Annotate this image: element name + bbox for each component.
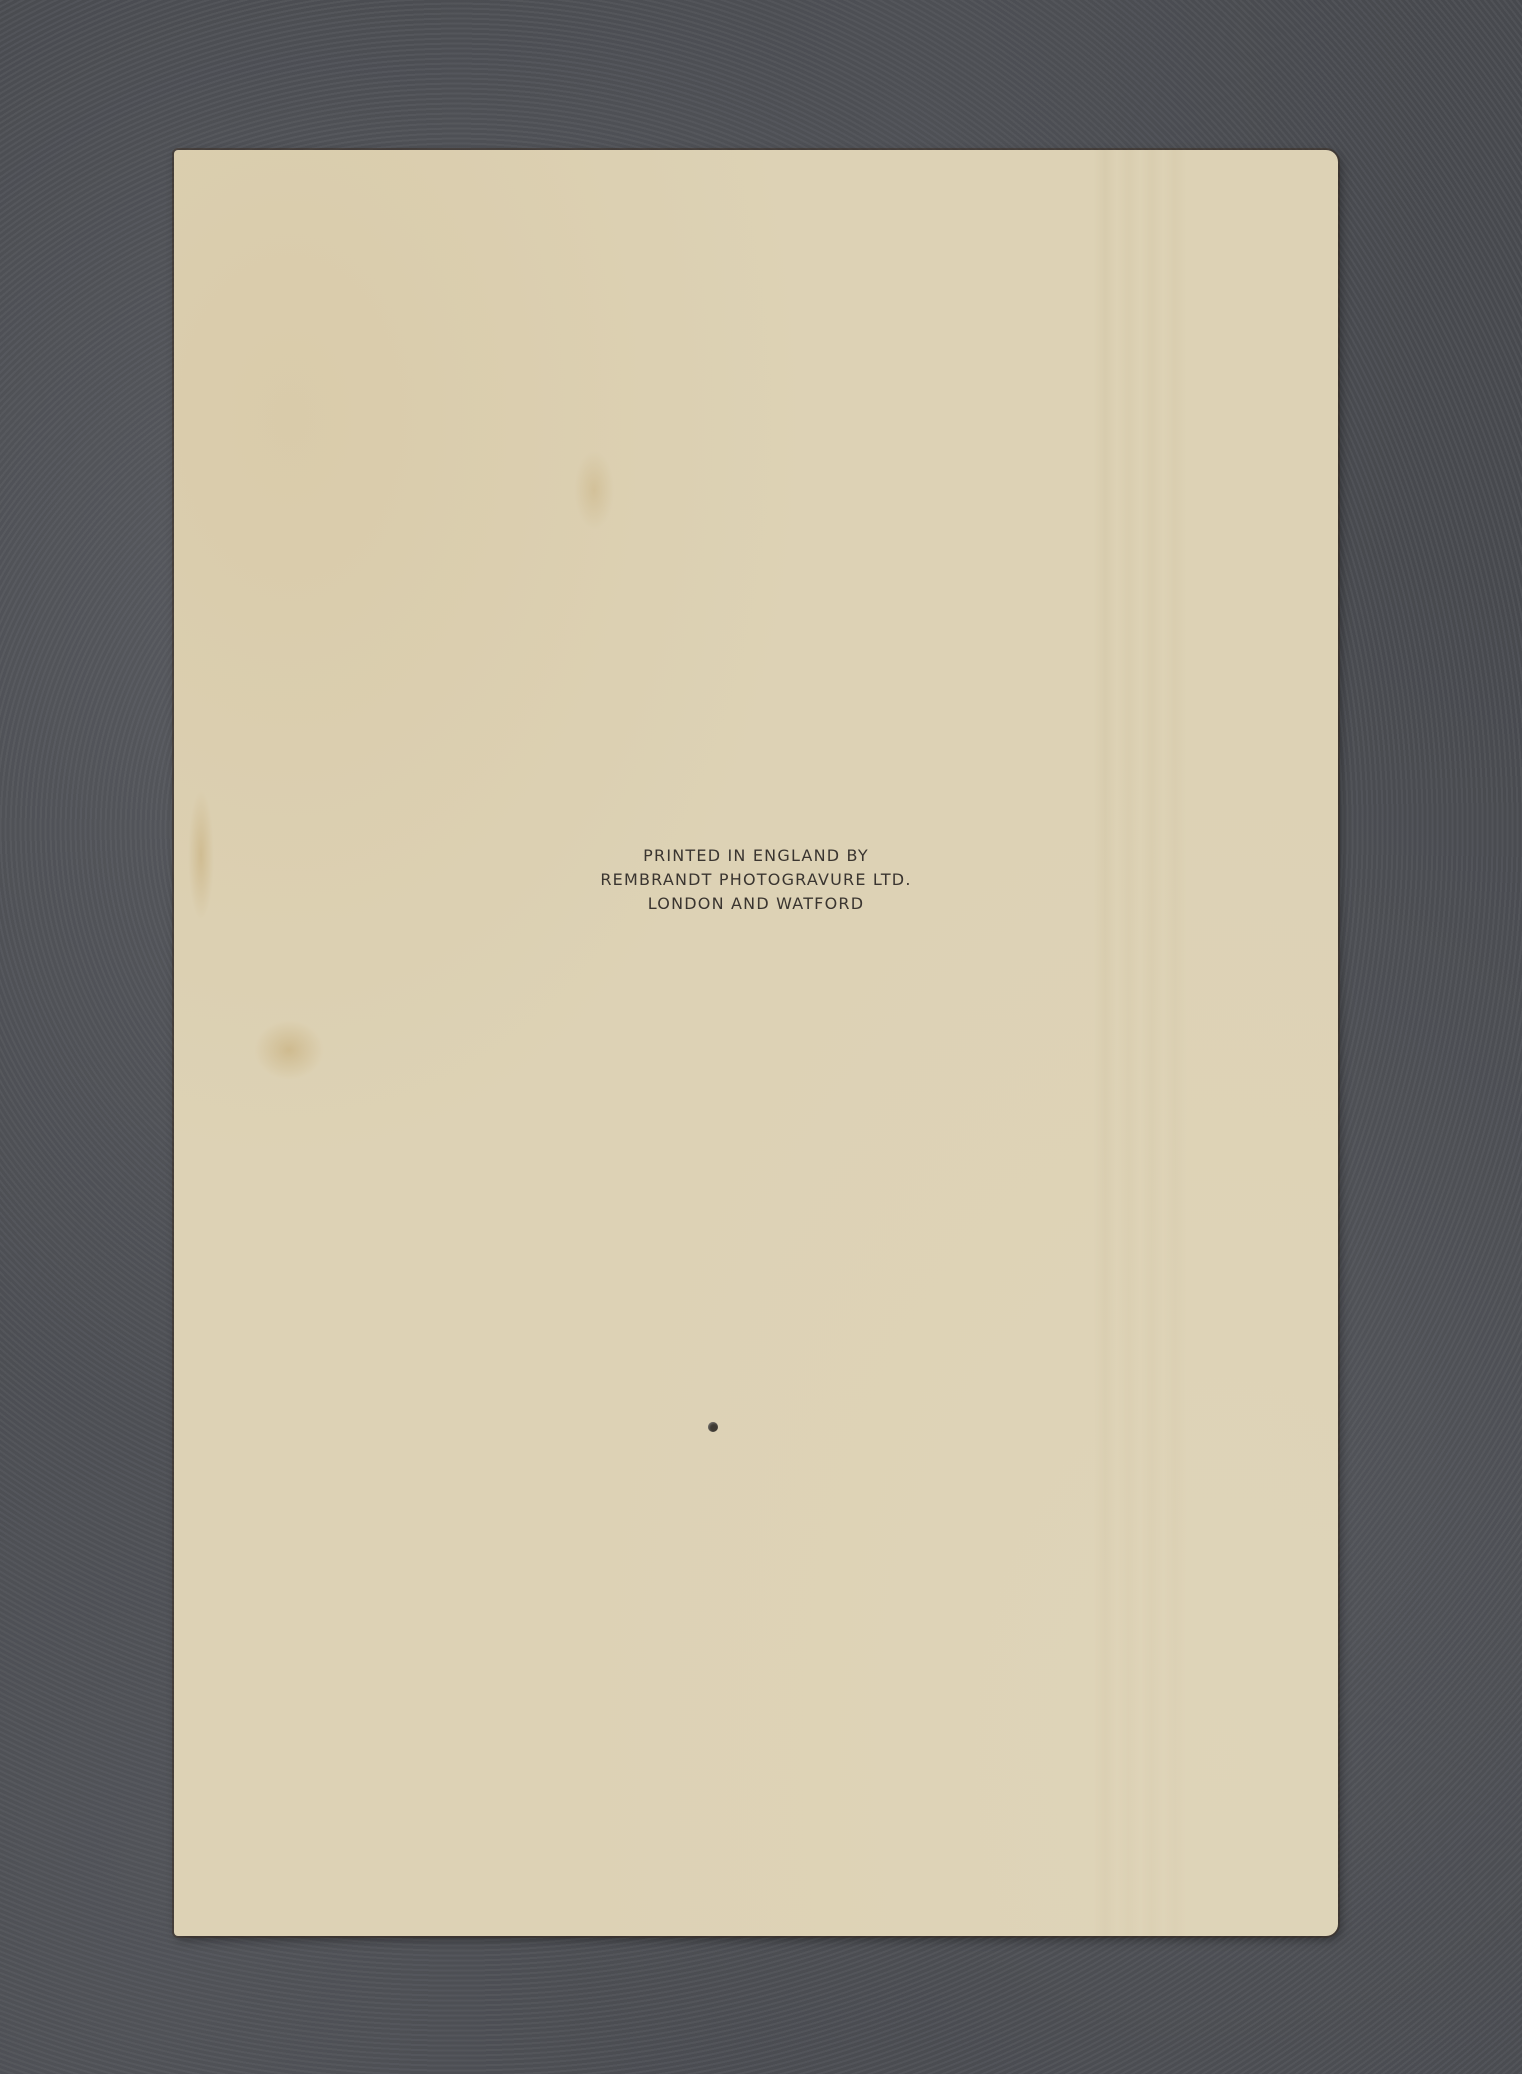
imprint-line-1: PRINTED IN ENGLAND BY [174,844,1338,868]
booklet-back-cover: PRINTED IN ENGLAND BY REMBRANDT PHOTOGRA… [174,150,1338,1936]
printer-imprint: PRINTED IN ENGLAND BY REMBRANDT PHOTOGRA… [174,844,1338,916]
faint-stain [574,450,614,530]
water-stain [254,1020,324,1080]
small-hole-mark [708,1422,718,1432]
imprint-line-3: LONDON AND WATFORD [174,892,1338,916]
imprint-line-2: REMBRANDT PHOTOGRAVURE LTD. [174,868,1338,892]
